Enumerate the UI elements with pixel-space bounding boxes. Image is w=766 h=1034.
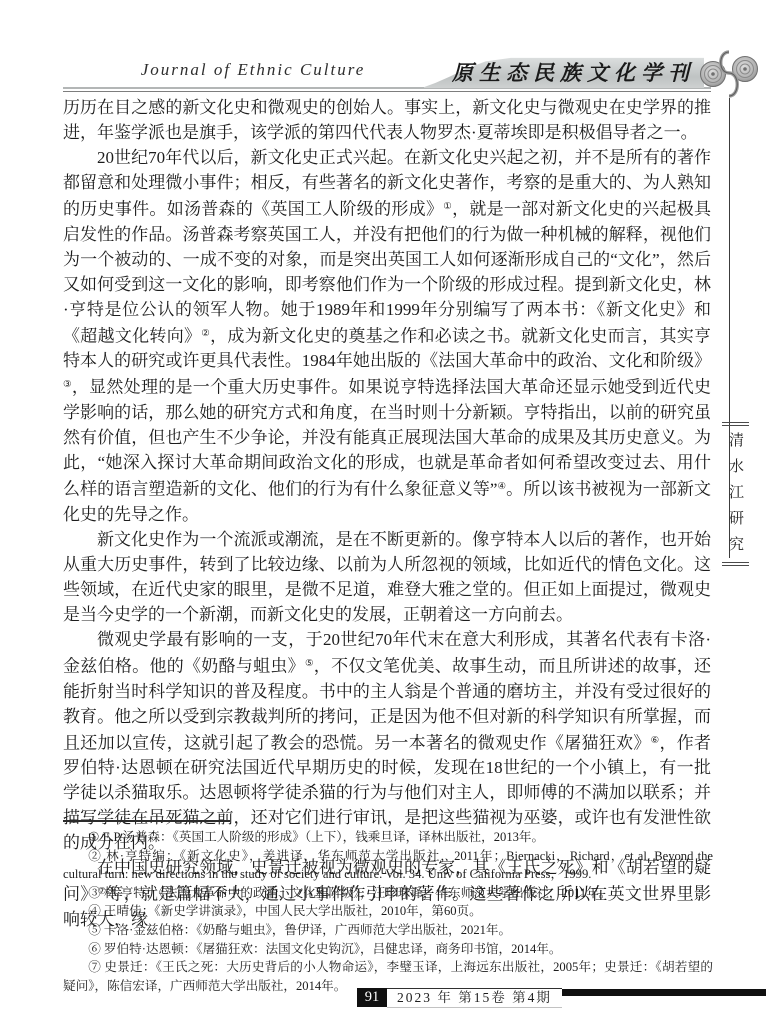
footnote-item: ⑥ 罗伯特·达恩顿：《屠猫狂欢：法国文化史钩沉》，吕健忠译，商务印书馆，2014… xyxy=(63,940,713,959)
footnote-item: ② 林·亨特编：《新文化史》，姜进译，华东师范大学出版社，2011年；Biern… xyxy=(63,847,713,884)
body-paragraph: 历历在目之感的新文化史和微观史的创始人。事实上，新文化史与微观史在史学界的推进，… xyxy=(63,95,711,145)
footnote-item: ① E.P.汤普森：《英国工人阶级的形成》（上下），钱乘旦译，译林出版社，201… xyxy=(63,828,713,847)
footnote-separator xyxy=(63,820,230,822)
footnote-item: ③ 林·亨特：《法国大革命中的政治、文化和阶级》，汪珍珠译，华东师范大学出版社，… xyxy=(63,884,713,903)
footnote-ref: ④ xyxy=(497,482,506,492)
page-number: 91 xyxy=(357,988,387,1007)
body-text: 历历在目之感的新文化史和微观史的创始人。事实上，新文化史与微观史在史学界的推进，… xyxy=(63,95,711,932)
footnote-ref: ③ xyxy=(63,380,72,390)
footnote-ref: ⑤ xyxy=(305,659,314,669)
journal-page: Journal of Ethnic Culture 原生态民族文化学刊 清水江研… xyxy=(0,0,766,1034)
footnote-item: ⑤ 卡洛·金兹伯格：《奶酪与蛆虫》，鲁伊译，广西师范大学出版社，2021年。 xyxy=(63,921,713,940)
footnote-ref: ② xyxy=(201,329,210,339)
footnote-item: ④ 王晴佳：《新史学讲演录》，中国人民大学出版社，2010年，第60页。 xyxy=(63,902,713,921)
journal-title-zh: 原生态民族文化学刊 xyxy=(452,57,702,87)
footnote-ref: ⑥ xyxy=(651,736,660,746)
page-footer: 91 2023 年 第15卷 第4期 xyxy=(357,988,766,1010)
issue-info: 2023 年 第15卷 第4期 xyxy=(387,988,562,1008)
journal-title-en: Journal of Ethnic Culture xyxy=(63,60,443,80)
footnotes: ① E.P.汤普森：《英国工人阶级的形成》（上下），钱乘旦译，译林出版社，201… xyxy=(63,828,713,995)
footnote-ref: ① xyxy=(443,202,452,212)
column-marker: 清水江研究 xyxy=(722,422,749,566)
body-paragraph: 新文化史作为一个流派或潮流，是在不断更新的。像亨特本人以后的著作，也开始从重大历… xyxy=(63,527,711,627)
footer-bar xyxy=(562,989,766,996)
column-title: 清水江研究 xyxy=(725,432,746,562)
body-paragraph: 20世纪70年代以后，新文化史正式兴起。在新文化史兴起之初，并不是所有的著作都留… xyxy=(63,145,711,527)
